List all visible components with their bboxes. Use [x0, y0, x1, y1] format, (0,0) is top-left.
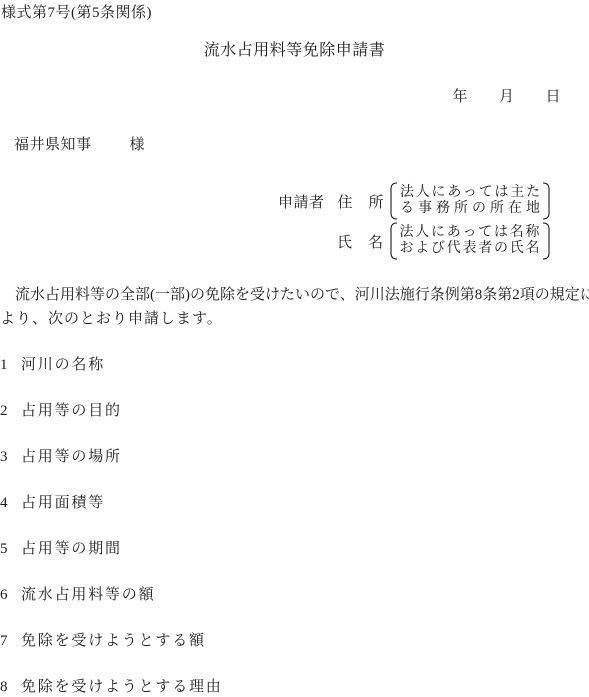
item-label: 免除を受けようとする理由 [21, 679, 223, 696]
paragraph-line1: 流水占用料等の全部(一部)の免除を受けたいので、河川法施行条例第8条第2項の規定… [0, 283, 589, 307]
item-number: 4 [0, 495, 21, 512]
item-row-3: 3 占用等の場所 [0, 449, 589, 466]
applicant-address-row: 申請者 住 所 法人にあっては主た る事務所の所在地 [278, 182, 589, 220]
item-label: 占用等の目的 [21, 403, 122, 420]
item-row-1: 1 河川の名称 [0, 357, 589, 374]
applicant-label: 申請者 [278, 191, 325, 212]
recipient-name: 福井県知事 [14, 137, 92, 154]
applicant-name-row: 氏 名 法人にあっては名称 および代表者の氏名 [337, 222, 589, 260]
right-bracket-icon [542, 182, 551, 220]
item-row-2: 2 占用等の目的 [0, 403, 589, 420]
item-row-5: 5 占用等の期間 [0, 541, 589, 558]
honorific-label: 様 [130, 137, 146, 154]
item-label: 占用面積等 [21, 495, 105, 512]
name-annotation: 法人にあっては名称 および代表者の氏名 [389, 222, 551, 260]
left-bracket-icon [389, 182, 398, 220]
item-number: 3 [0, 449, 21, 466]
address-label: 住 所 [338, 191, 385, 212]
form-number: 様式第7号(第5条関係) [1, 5, 589, 22]
item-number: 2 [0, 403, 21, 420]
item-number: 8 [0, 679, 21, 696]
item-row-4: 4 占用面積等 [0, 495, 589, 512]
date-line: 年 月 日 [0, 89, 589, 106]
address-note-line1: 法人にあっては主た [400, 185, 540, 201]
name-note-line1: 法人にあっては名称 [400, 225, 540, 241]
item-row-7: 7 免除を受けようとする額 [0, 633, 589, 650]
body-paragraph: 流水占用料等の全部(一部)の免除を受けたいので、河川法施行条例第8条第2項の規定… [0, 283, 589, 331]
item-label: 占用等の期間 [21, 541, 122, 558]
item-list: 1 河川の名称 2 占用等の目的 3 占用等の場所 4 占用面積等 5 占用等の… [0, 357, 589, 696]
document-page: 様式第7号(第5条関係) 流水占用料等免除申請書 年 月 日 福井県知事 様 申… [0, 0, 589, 697]
item-number: 5 [0, 541, 21, 558]
paragraph-line2: より、次のとおり申請します。 [0, 307, 589, 331]
page-title: 流水占用料等免除申請書 [0, 42, 589, 59]
address-annotation: 法人にあっては主た る事務所の所在地 [389, 182, 551, 220]
item-label: 流水占用料等の額 [21, 587, 155, 604]
address-note: 法人にあっては主た る事務所の所在地 [400, 185, 540, 217]
item-label: 占用等の場所 [21, 449, 122, 466]
item-label: 免除を受けようとする額 [21, 633, 206, 650]
item-row-6: 6 流水占用料等の額 [0, 587, 589, 604]
name-note-line2: および代表者の氏名 [400, 241, 540, 257]
item-row-8: 8 免除を受けようとする理由 [0, 679, 589, 696]
item-number: 6 [0, 587, 21, 604]
right-bracket-icon [542, 222, 551, 260]
item-number: 1 [0, 357, 21, 374]
name-label: 氏 名 [337, 231, 384, 252]
item-label: 河川の名称 [21, 357, 105, 374]
addressee-line: 福井県知事 様 [14, 137, 589, 154]
item-number: 7 [0, 633, 21, 650]
address-note-line2: る事務所の所在地 [400, 201, 540, 217]
left-bracket-icon [389, 222, 398, 260]
name-note: 法人にあっては名称 および代表者の氏名 [400, 225, 540, 257]
applicant-block: 申請者 住 所 法人にあっては主た る事務所の所在地 氏 名 [278, 182, 589, 260]
